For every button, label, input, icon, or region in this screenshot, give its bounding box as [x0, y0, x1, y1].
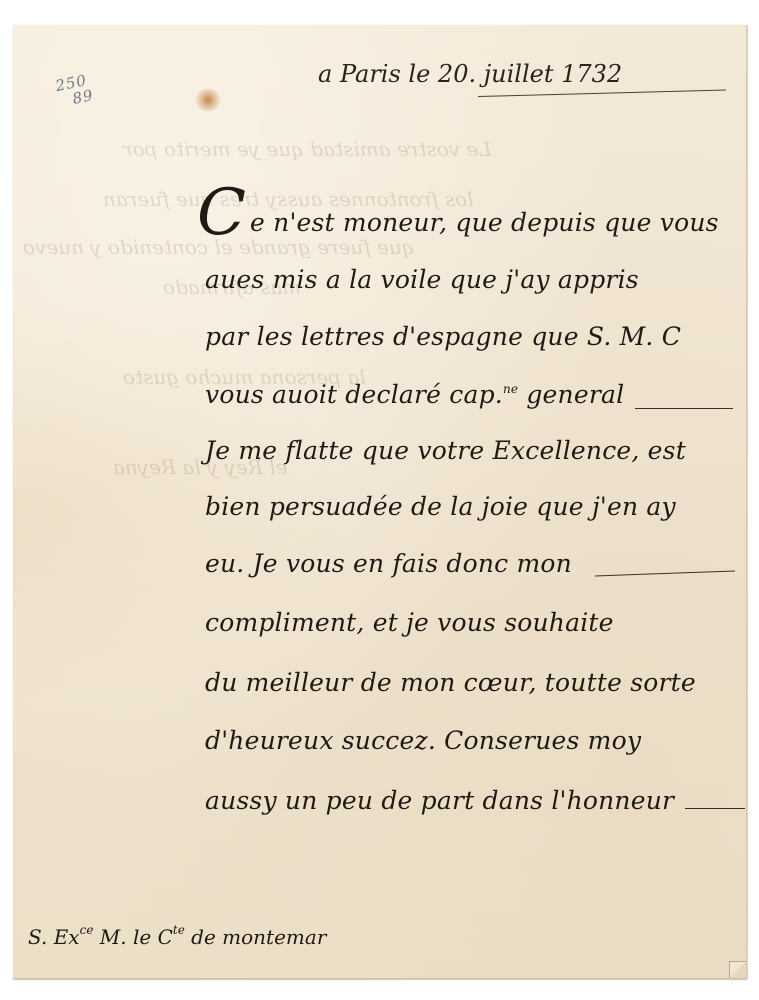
- line-filler: [635, 408, 733, 409]
- pencil-annotation: 250 89: [50, 71, 95, 110]
- body-line: par les lettres d'espagne que S. M. C: [205, 322, 681, 351]
- foxing-stain: [195, 89, 221, 111]
- body-line: e n'est moneur, que depuis que vous: [250, 208, 719, 237]
- body-line: bien persuadée de la joie que j'en ay: [205, 492, 676, 521]
- drop-cap: C: [197, 176, 246, 250]
- line-filler: [685, 808, 745, 809]
- body-line: aues mis a la voile que j'ay appris: [205, 265, 639, 294]
- body-line: compliment, et je vous souhaite: [205, 608, 614, 637]
- superscript: ne: [503, 382, 518, 396]
- superscript: te: [173, 923, 185, 937]
- body-line: d'heureux succez. Conserues moy: [205, 726, 641, 755]
- addressee-title: M. le C: [93, 925, 172, 949]
- addressee-name: de montemar: [185, 925, 327, 949]
- show-through-text: Le vostre amistad que ye merito por: [123, 137, 492, 161]
- addressee-line: S. Exce M. le Cte de montemar: [28, 923, 326, 949]
- body-line: du meilleur de mon cœur, toutte sorte: [205, 668, 696, 697]
- dateline: a Paris le 20. juillet 1732: [318, 60, 622, 88]
- folded-corner: [729, 961, 746, 978]
- body-line: eu. Je vous en fais donc mon: [205, 549, 572, 578]
- superscript: ce: [80, 923, 94, 937]
- pencil-annotation-bottom: 89: [71, 87, 95, 107]
- body-line-text: general: [518, 380, 624, 409]
- addressee-prefix: S. Ex: [28, 925, 80, 949]
- body-line: Je me flatte que votre Excellence, est: [205, 436, 686, 465]
- body-line-text: vous auoit declaré cap.: [205, 380, 503, 409]
- body-line: aussy un peu de part dans l'honneur: [205, 786, 674, 815]
- body-line: vous auoit declaré cap.ne general: [205, 380, 624, 409]
